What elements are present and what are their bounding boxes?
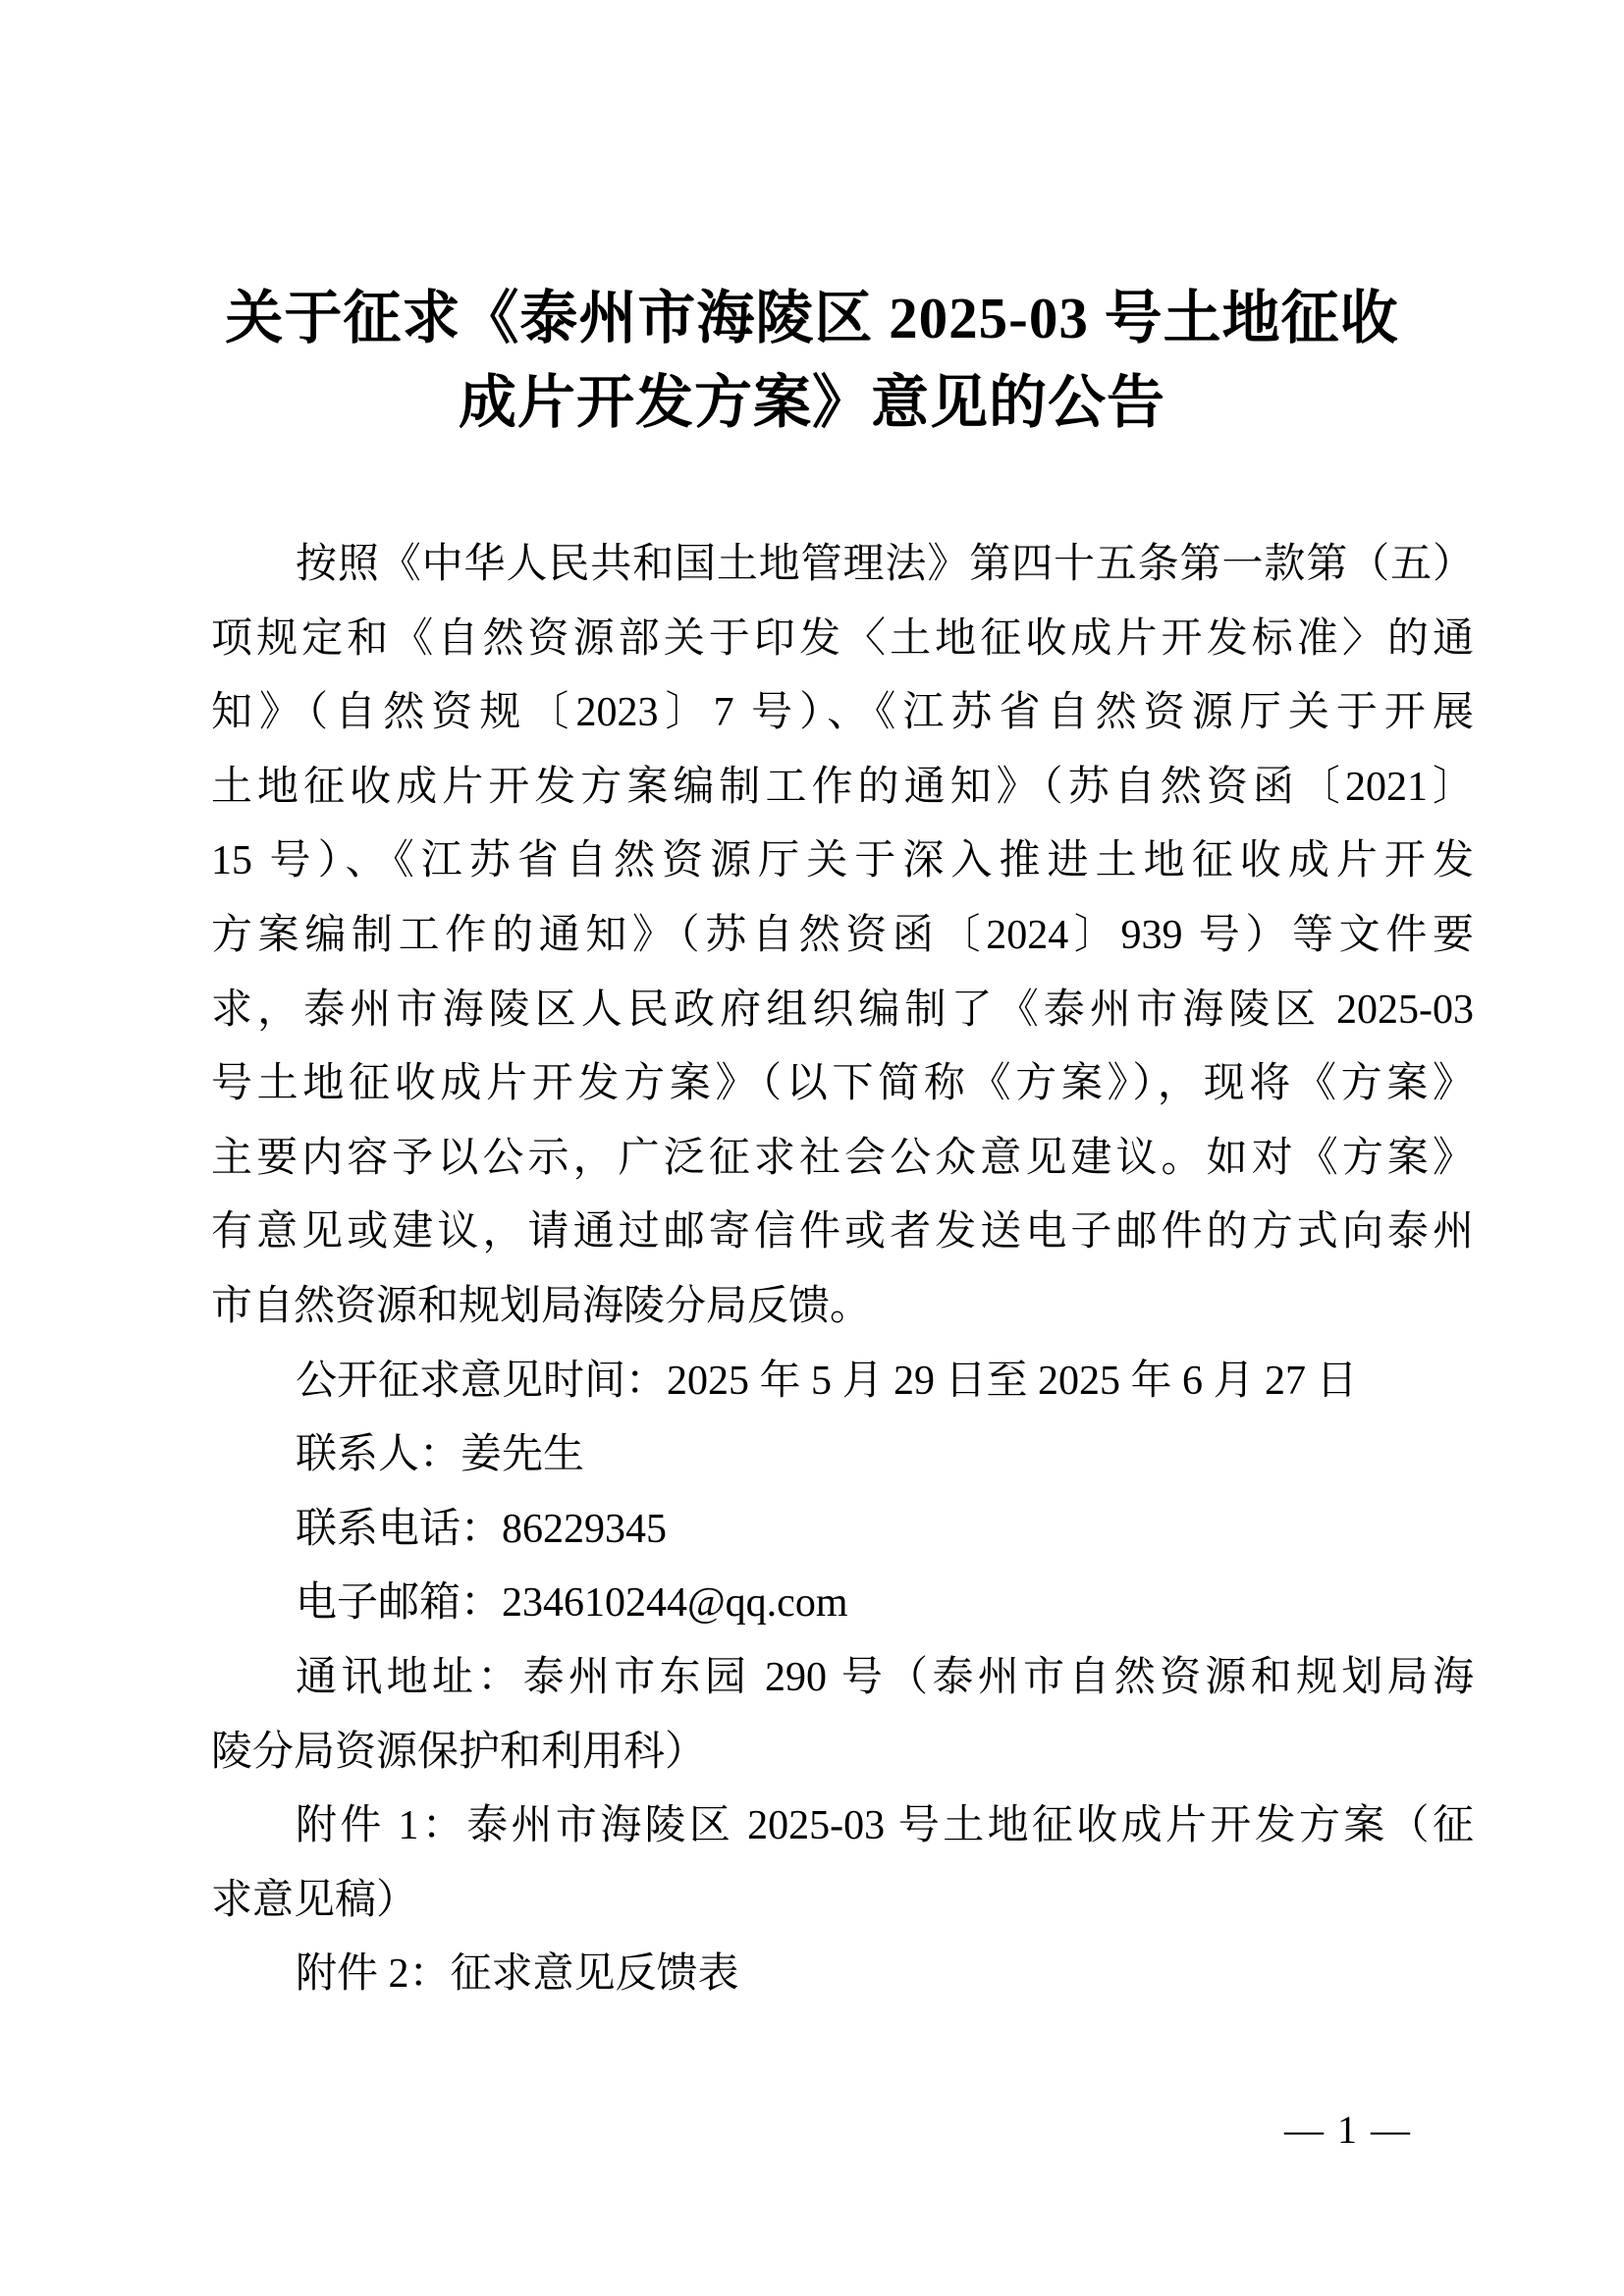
body-line: 15 号）、《江苏省自然资源厅关于深入推进土地征收成片开发 xyxy=(211,825,1474,899)
body-line: 知》（自然资规〔2023〕7 号）、《江苏省自然资源厅关于开展 xyxy=(211,676,1474,751)
body-line-contact-email: 电子邮箱：234610244@qq.com xyxy=(211,1567,1474,1641)
title-line-2: 成片开发方案》意见的公告 xyxy=(0,360,1624,445)
body-line: 按照《中华人民共和国土地管理法》第四十五条第一款第（五） xyxy=(211,528,1474,603)
body-line: 号土地征收成片开发方案》（以下简称《方案》），现将《方案》 xyxy=(211,1047,1474,1122)
body-line: 求意见稿） xyxy=(211,1864,1474,1939)
document-title: 关于征求《泰州市海陵区 2025-03 号土地征收 成片开发方案》意见的公告 xyxy=(0,276,1624,445)
body-line-attachment-1: 附件 1：泰州市海陵区 2025-03 号土地征收成片开发方案（征 xyxy=(211,1789,1474,1864)
document-body: 按照《中华人民共和国土地管理法》第四十五条第一款第（五） 项规定和《自然资源部关… xyxy=(211,528,1474,2012)
body-line-mailing-address: 通讯地址：泰州市东园 290 号（泰州市自然资源和规划局海 xyxy=(211,1641,1474,1716)
body-line-contact-phone: 联系电话：86229345 xyxy=(211,1493,1474,1568)
body-line: 陵分局资源保护和利用科） xyxy=(211,1716,1474,1790)
body-line: 主要内容予以公示，广泛征求社会公众意见建议。如对《方案》 xyxy=(211,1122,1474,1197)
body-line: 项规定和《自然资源部关于印发〈土地征收成片开发标准〉的通 xyxy=(211,603,1474,677)
page-number: — 1 — xyxy=(1284,2107,1412,2154)
body-line-consultation-period: 公开征求意见时间：2025 年 5 月 29 日至 2025 年 6 月 27 … xyxy=(211,1345,1474,1419)
body-line: 土地征收成片开发方案编制工作的通知》（苏自然资函〔2021〕 xyxy=(211,751,1474,826)
body-line: 市自然资源和规划局海陵分局反馈。 xyxy=(211,1270,1474,1345)
body-line: 方案编制工作的通知》（苏自然资函〔2024〕939 号）等文件要 xyxy=(211,899,1474,974)
body-line-contact-person: 联系人：姜先生 xyxy=(211,1418,1474,1493)
body-line: 有意见或建议，请通过邮寄信件或者发送电子邮件的方式向泰州 xyxy=(211,1196,1474,1270)
body-line-attachment-2: 附件 2：征求意见反馈表 xyxy=(211,1938,1474,2012)
document-page: 关于征求《泰州市海陵区 2025-03 号土地征收 成片开发方案》意见的公告 按… xyxy=(0,0,1624,2296)
body-line: 求，泰州市海陵区人民政府组织编制了《泰州市海陵区 2025-03 xyxy=(211,974,1474,1048)
title-line-1: 关于征求《泰州市海陵区 2025-03 号土地征收 xyxy=(0,276,1624,360)
